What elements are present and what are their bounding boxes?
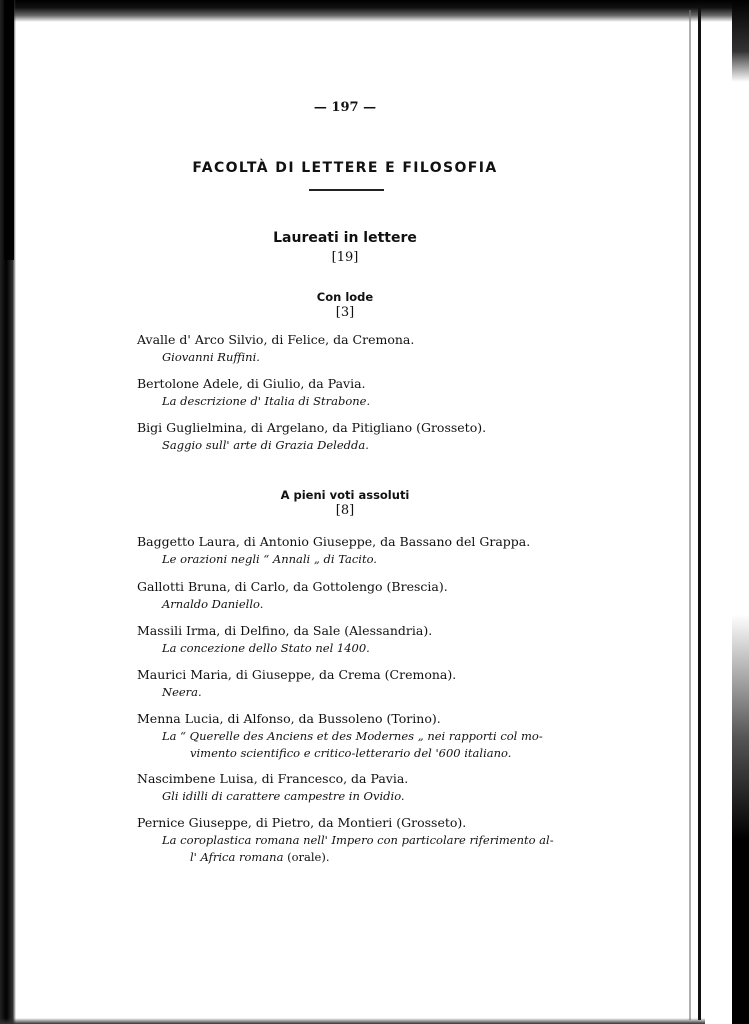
scan-bottom-edge	[0, 1018, 705, 1024]
graduate-name: Massili Irma, di Delfino, da Sale (Aless…	[137, 622, 557, 640]
group-count-con-lode: [3]	[0, 305, 690, 320]
graduate-name: Menna Lucia, di Alfonso, da Bussoleno (T…	[137, 710, 557, 728]
graduate-entry: Pernice Giuseppe, di Pietro, da Montieri…	[137, 814, 557, 866]
graduate-name: Nascimbene Luisa, di Francesco, da Pavia…	[137, 770, 557, 788]
section-title: Laureati in lettere	[0, 230, 690, 246]
thesis-title: Saggio sull' arte di Grazia Deledda.	[137, 437, 557, 454]
graduate-entry: Baggetto Laura, di Antonio Giuseppe, da …	[137, 533, 557, 568]
thesis-line-1: La “ Querelle des Anciens et des Moderne…	[162, 729, 543, 743]
scan-left-shadow	[4, 0, 14, 260]
graduate-entry: Avalle d' Arco Silvio, di Felice, da Cre…	[137, 331, 557, 366]
graduate-entry: Massili Irma, di Delfino, da Sale (Aless…	[137, 622, 557, 657]
page-number: — 197 —	[0, 100, 690, 115]
scan-binding-line	[698, 6, 701, 1020]
scan-right-edge	[732, 0, 749, 1024]
thesis-line-2-wrap: l' Africa romana (orale).	[162, 849, 557, 866]
thesis-title: Neera.	[137, 684, 557, 701]
thesis-line-2: vimento scientifico e critico-letterario…	[162, 745, 557, 762]
graduate-name: Bertolone Adele, di Giulio, da Pavia.	[137, 375, 557, 393]
thesis-title: Gli idilli di carattere campestre in Ovi…	[137, 788, 557, 805]
thesis-line-2: l' Africa romana	[190, 850, 283, 864]
thesis-title: Le orazioni negli “ Annali „ di Tacito.	[137, 551, 557, 568]
thesis-line-1: La coroplastica romana nell' Impero con …	[162, 833, 554, 847]
thesis-title: La “ Querelle des Anciens et des Moderne…	[137, 728, 557, 762]
graduate-name: Bigi Guglielmina, di Argelano, da Pitigl…	[137, 419, 557, 437]
thesis-title: La descrizione d' Italia di Strabone.	[137, 393, 557, 410]
graduate-name: Maurici Maria, di Giuseppe, da Crema (Cr…	[137, 666, 557, 684]
thesis-title: Giovanni Ruffini.	[137, 349, 557, 366]
faculty-title: FACOLTÀ DI LETTERE E FILOSOFIA	[0, 160, 690, 176]
thesis-title: La concezione dello Stato nel 1400.	[137, 640, 557, 657]
graduate-entry: Bigi Guglielmina, di Argelano, da Pitigl…	[137, 419, 557, 454]
group-title-con-lode: Con lode	[0, 290, 690, 304]
thesis-note: (orale).	[283, 850, 329, 864]
graduate-name: Gallotti Bruna, di Carlo, da Gottolengo …	[137, 578, 557, 596]
graduate-name: Baggetto Laura, di Antonio Giuseppe, da …	[137, 533, 557, 551]
group-title-pieni-voti: A pieni voti assoluti	[0, 488, 690, 502]
title-underline	[309, 189, 384, 191]
graduate-entry: Menna Lucia, di Alfonso, da Bussoleno (T…	[137, 710, 557, 762]
graduate-name: Avalle d' Arco Silvio, di Felice, da Cre…	[137, 331, 557, 349]
thesis-title: Arnaldo Daniello.	[137, 596, 557, 613]
section-count: [19]	[0, 250, 690, 265]
scan-top-edge	[0, 0, 749, 22]
group-count-pieni-voti: [8]	[0, 503, 690, 518]
graduate-name: Pernice Giuseppe, di Pietro, da Montieri…	[137, 814, 557, 832]
graduate-entry: Bertolone Adele, di Giulio, da Pavia. La…	[137, 375, 557, 410]
thesis-title: La coroplastica romana nell' Impero con …	[137, 832, 557, 866]
graduate-entry: Maurici Maria, di Giuseppe, da Crema (Cr…	[137, 666, 557, 701]
graduate-entry: Nascimbene Luisa, di Francesco, da Pavia…	[137, 770, 557, 805]
graduate-entry: Gallotti Bruna, di Carlo, da Gottolengo …	[137, 578, 557, 613]
